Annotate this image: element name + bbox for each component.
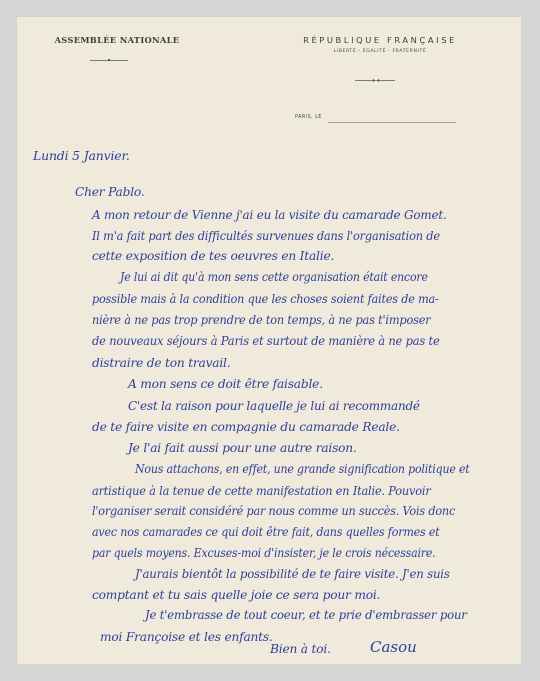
letter-line: Nous attachons, en effet, une grande sig… [135,462,469,476]
letter-salutation: Cher Pablo. [75,185,145,199]
letter-line: distraire de ton travail. [92,356,230,370]
letter-line: comptant et tu sais quelle joie ce sera … [92,588,380,602]
letter-line: C'est la raison pour laquelle je lui ai … [128,399,420,413]
signature: Casou [370,638,417,656]
letter-line: Il m'a fait part des difficultés survenu… [92,229,440,243]
letter-closing: Bien à toi. [270,642,331,656]
letter-line: Je l'ai fait aussi pour une autre raison… [128,441,357,455]
letter-line: cette exposition de tes oeuvres en Itali… [92,249,334,263]
letter-date: Lundi 5 Janvier. [33,148,130,163]
letter-line: Je lui ai dit qu'à mon sens cette organi… [120,270,428,284]
letter-line: artistique à la tenue de cette manifesta… [92,484,431,498]
letter-line: avec nos camarades ce qui doit être fait… [92,525,440,539]
letter-line: de te faire visite en compagnie du camar… [92,420,400,434]
letter-line: A mon retour de Vienne j'ai eu la visite… [92,208,447,222]
letter-line: J'aurais bientôt la possibilité de te fa… [135,567,450,581]
letter-line: l'organiser serait considéré par nous co… [92,504,455,518]
letter-line: nière à ne pas trop prendre de ton temps… [92,313,431,327]
letter-line: Je t'embrasse de tout coeur, et te prie … [145,608,467,622]
letter-line: de nouveaux séjours à Paris et surtout d… [92,334,440,348]
letter-line: par quels moyens. Excuses-moi d'insister… [92,546,435,560]
letter-line: possible mais à la condition que les cho… [92,292,439,306]
handwritten-letter: Lundi 5 Janvier. Cher Pablo. A mon retou… [0,0,540,681]
letter-line: moi Françoise et les enfants. [100,630,273,644]
letter-line: A mon sens ce doit être faisable. [128,377,323,391]
